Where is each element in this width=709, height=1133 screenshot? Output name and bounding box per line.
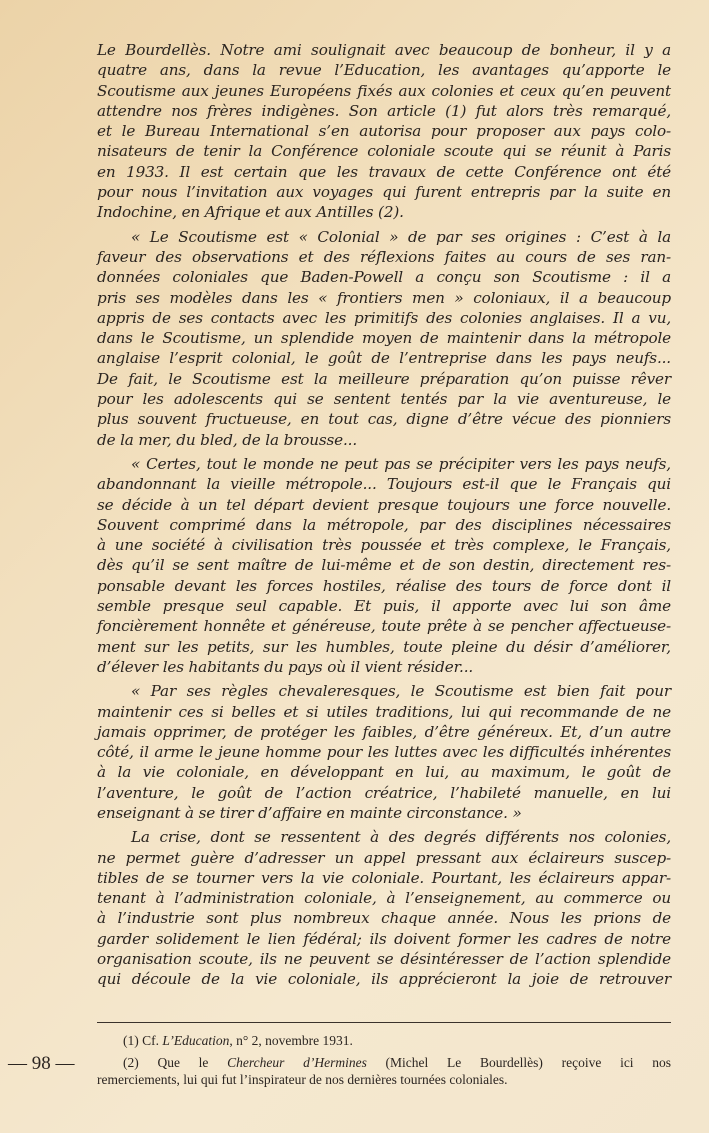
text-line: Le Bourdellès. Notre ami soulignait avec… xyxy=(97,40,671,60)
text-line: tibles de se tourner vers la vie colonia… xyxy=(97,868,671,888)
text-line: semble presque seul capable. Et puis, il… xyxy=(97,596,671,616)
footnote-title: L’Education xyxy=(162,1033,229,1048)
text-line: nisateurs de tenir la Conférence colonia… xyxy=(97,141,671,161)
footnote-marker: (1) xyxy=(123,1033,139,1048)
text-line: « Certes, tout le monde ne peut pas se p… xyxy=(97,454,671,474)
text-line: pour nous l’invitation aux voyages qui f… xyxy=(97,182,671,202)
footnotes: (1) Cf. L’Education, n° 2, novembre 1931… xyxy=(97,1032,671,1088)
text-line: ponsable devant les forces hostiles, réa… xyxy=(97,576,671,596)
footnote-2: (2) Que le Chercheur d’Hermines (Michel … xyxy=(97,1054,671,1071)
text-line: se décide à un tel départ devient presqu… xyxy=(97,495,671,515)
text-line: données coloniales que Baden-Powell a co… xyxy=(97,267,671,287)
text-line: ne permet guère d’adresser un appel pres… xyxy=(97,848,671,868)
text-line: pris ses modèles dans les « frontiers me… xyxy=(97,288,671,308)
footnote-divider xyxy=(97,1022,671,1023)
text-line: organisation scoute, ils ne peuvent se d… xyxy=(97,949,671,969)
text-line: l’aventure, le goût de l’action créatric… xyxy=(97,783,671,803)
footnote-text: (Michel Le Bourdellès) reçoive ici nos xyxy=(386,1055,671,1070)
text-line: appris de ses contacts avec les primitif… xyxy=(97,308,671,328)
text-line: de la mer, du bled, de la brousse... xyxy=(97,430,671,450)
text-line: « Par ses règles chevaleresques, le Scou… xyxy=(97,681,671,701)
text-line: « Le Scoutisme est « Colonial » de par s… xyxy=(97,227,671,247)
text-line: et le Bureau International s’en autorisa… xyxy=(97,121,671,141)
text-line: pour les adolescents qui se sentent tent… xyxy=(97,389,671,409)
text-line: à l’industrie sont plus nombreux chaque … xyxy=(97,908,671,928)
text-line: à la vie coloniale, en développant en lu… xyxy=(97,762,671,782)
text-line: abandonnant la vieille métropole... Touj… xyxy=(97,474,671,494)
footnote-2-continued: remerciements, lui qui fut l’inspirateur… xyxy=(97,1071,671,1088)
footnote-text: , n° 2, novembre 1931. xyxy=(229,1033,353,1048)
text-line: tenant à l’administration coloniale, à l… xyxy=(97,888,671,908)
text-line: De fait, le Scoutisme est la meilleure p… xyxy=(97,369,671,389)
text-line: faveur des observations et des réflexion… xyxy=(97,247,671,267)
footnote-text: Que le xyxy=(157,1055,208,1070)
text-line: maintenir ces si belles et si utiles tra… xyxy=(97,702,671,722)
text-line: Souvent comprimé dans la métropole, par … xyxy=(97,515,671,535)
text-line: ment sur les petits, sur les humbles, to… xyxy=(97,637,671,657)
footnote-1: (1) Cf. L’Education, n° 2, novembre 1931… xyxy=(97,1032,671,1049)
text-line: quatre ans, dans la revue l’Education, l… xyxy=(97,60,671,80)
text-line: d’élever les habitants du pays où il vie… xyxy=(97,657,671,677)
footnote-marker: (2) xyxy=(123,1055,139,1070)
text-line: La crise, dont se ressentent à des degré… xyxy=(97,827,671,847)
footnote-text: Cf. xyxy=(142,1033,159,1048)
text-line: plus souvent fructueuse, en tout cas, di… xyxy=(97,409,671,429)
text-line: qui découle de la vie coloniale, ils app… xyxy=(97,969,671,989)
body-text: Le Bourdellès. Notre ami soulignait avec… xyxy=(97,40,671,990)
text-line: garder solidement le lien fédéral; ils d… xyxy=(97,929,671,949)
text-line: dans le Scoutisme, un splendide moyen de… xyxy=(97,328,671,348)
footnote-title: Chercheur d’Hermines xyxy=(227,1055,367,1070)
text-line: enseignant à se tirer d’affaire en maint… xyxy=(97,803,671,823)
text-line: jamais opprimer, de protéger les faibles… xyxy=(97,722,671,742)
text-line: attendre nos frères indigènes. Son artic… xyxy=(97,101,671,121)
text-line: Indochine, en Afrique et aux Antilles (2… xyxy=(97,202,671,222)
text-line: Scoutisme aux jeunes Européens fixés aux… xyxy=(97,81,671,101)
text-line: anglaise l’esprit colonial, le goût de l… xyxy=(97,348,671,368)
text-line: foncièrement honnête et généreuse, toute… xyxy=(97,616,671,636)
text-line: côté, il arme le jeune homme pour les lu… xyxy=(97,742,671,762)
page-number: — 98 — xyxy=(8,1053,75,1075)
text-line: dès qu’il se sent maître de lui-même et … xyxy=(97,555,671,575)
text-line: en 1933. Il est certain que les travaux … xyxy=(97,162,671,182)
text-line: à une société à civilisation très poussé… xyxy=(97,535,671,555)
